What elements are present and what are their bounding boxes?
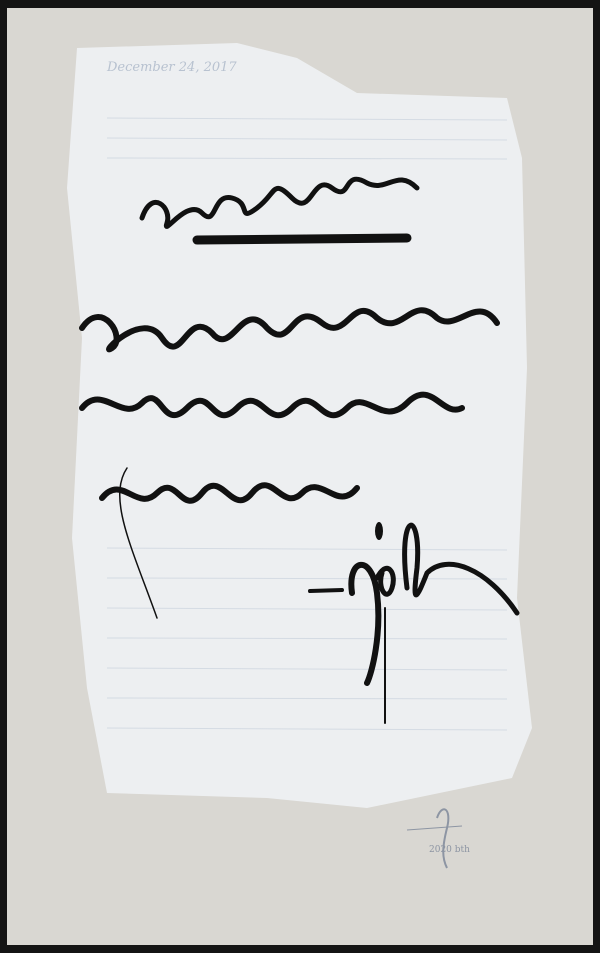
signature-sub: 2020 bth <box>429 845 470 855</box>
calligraphy-strokes <box>7 8 593 945</box>
signature: 2020 bth <box>417 828 458 841</box>
canvas: December 24, 2017 2020 bt <box>7 8 593 945</box>
picture-frame: December 24, 2017 2020 bt <box>0 0 600 953</box>
